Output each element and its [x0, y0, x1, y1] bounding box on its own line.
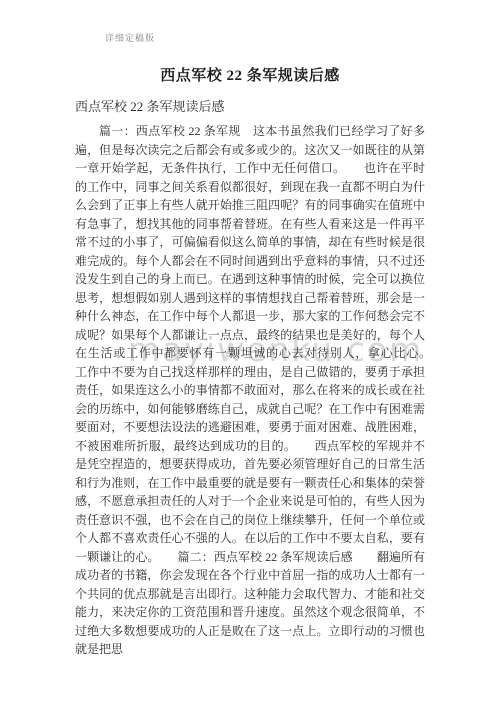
document-subtitle: 西点军校 22 条军规读后感 — [75, 96, 425, 115]
document-page: mayiwenku.com 详细定稿版 西点军校 22 条军规读后感 西点军校 … — [0, 0, 500, 708]
version-label: 详细定稿版 — [105, 31, 155, 44]
document-title: 西点军校 22 条军规读后感 — [75, 64, 425, 85]
body-paragraph: 篇一：西点军校 22 条军规 这本书虽然我们已经学习了好多遍，但是每次读完之后都… — [75, 122, 425, 659]
